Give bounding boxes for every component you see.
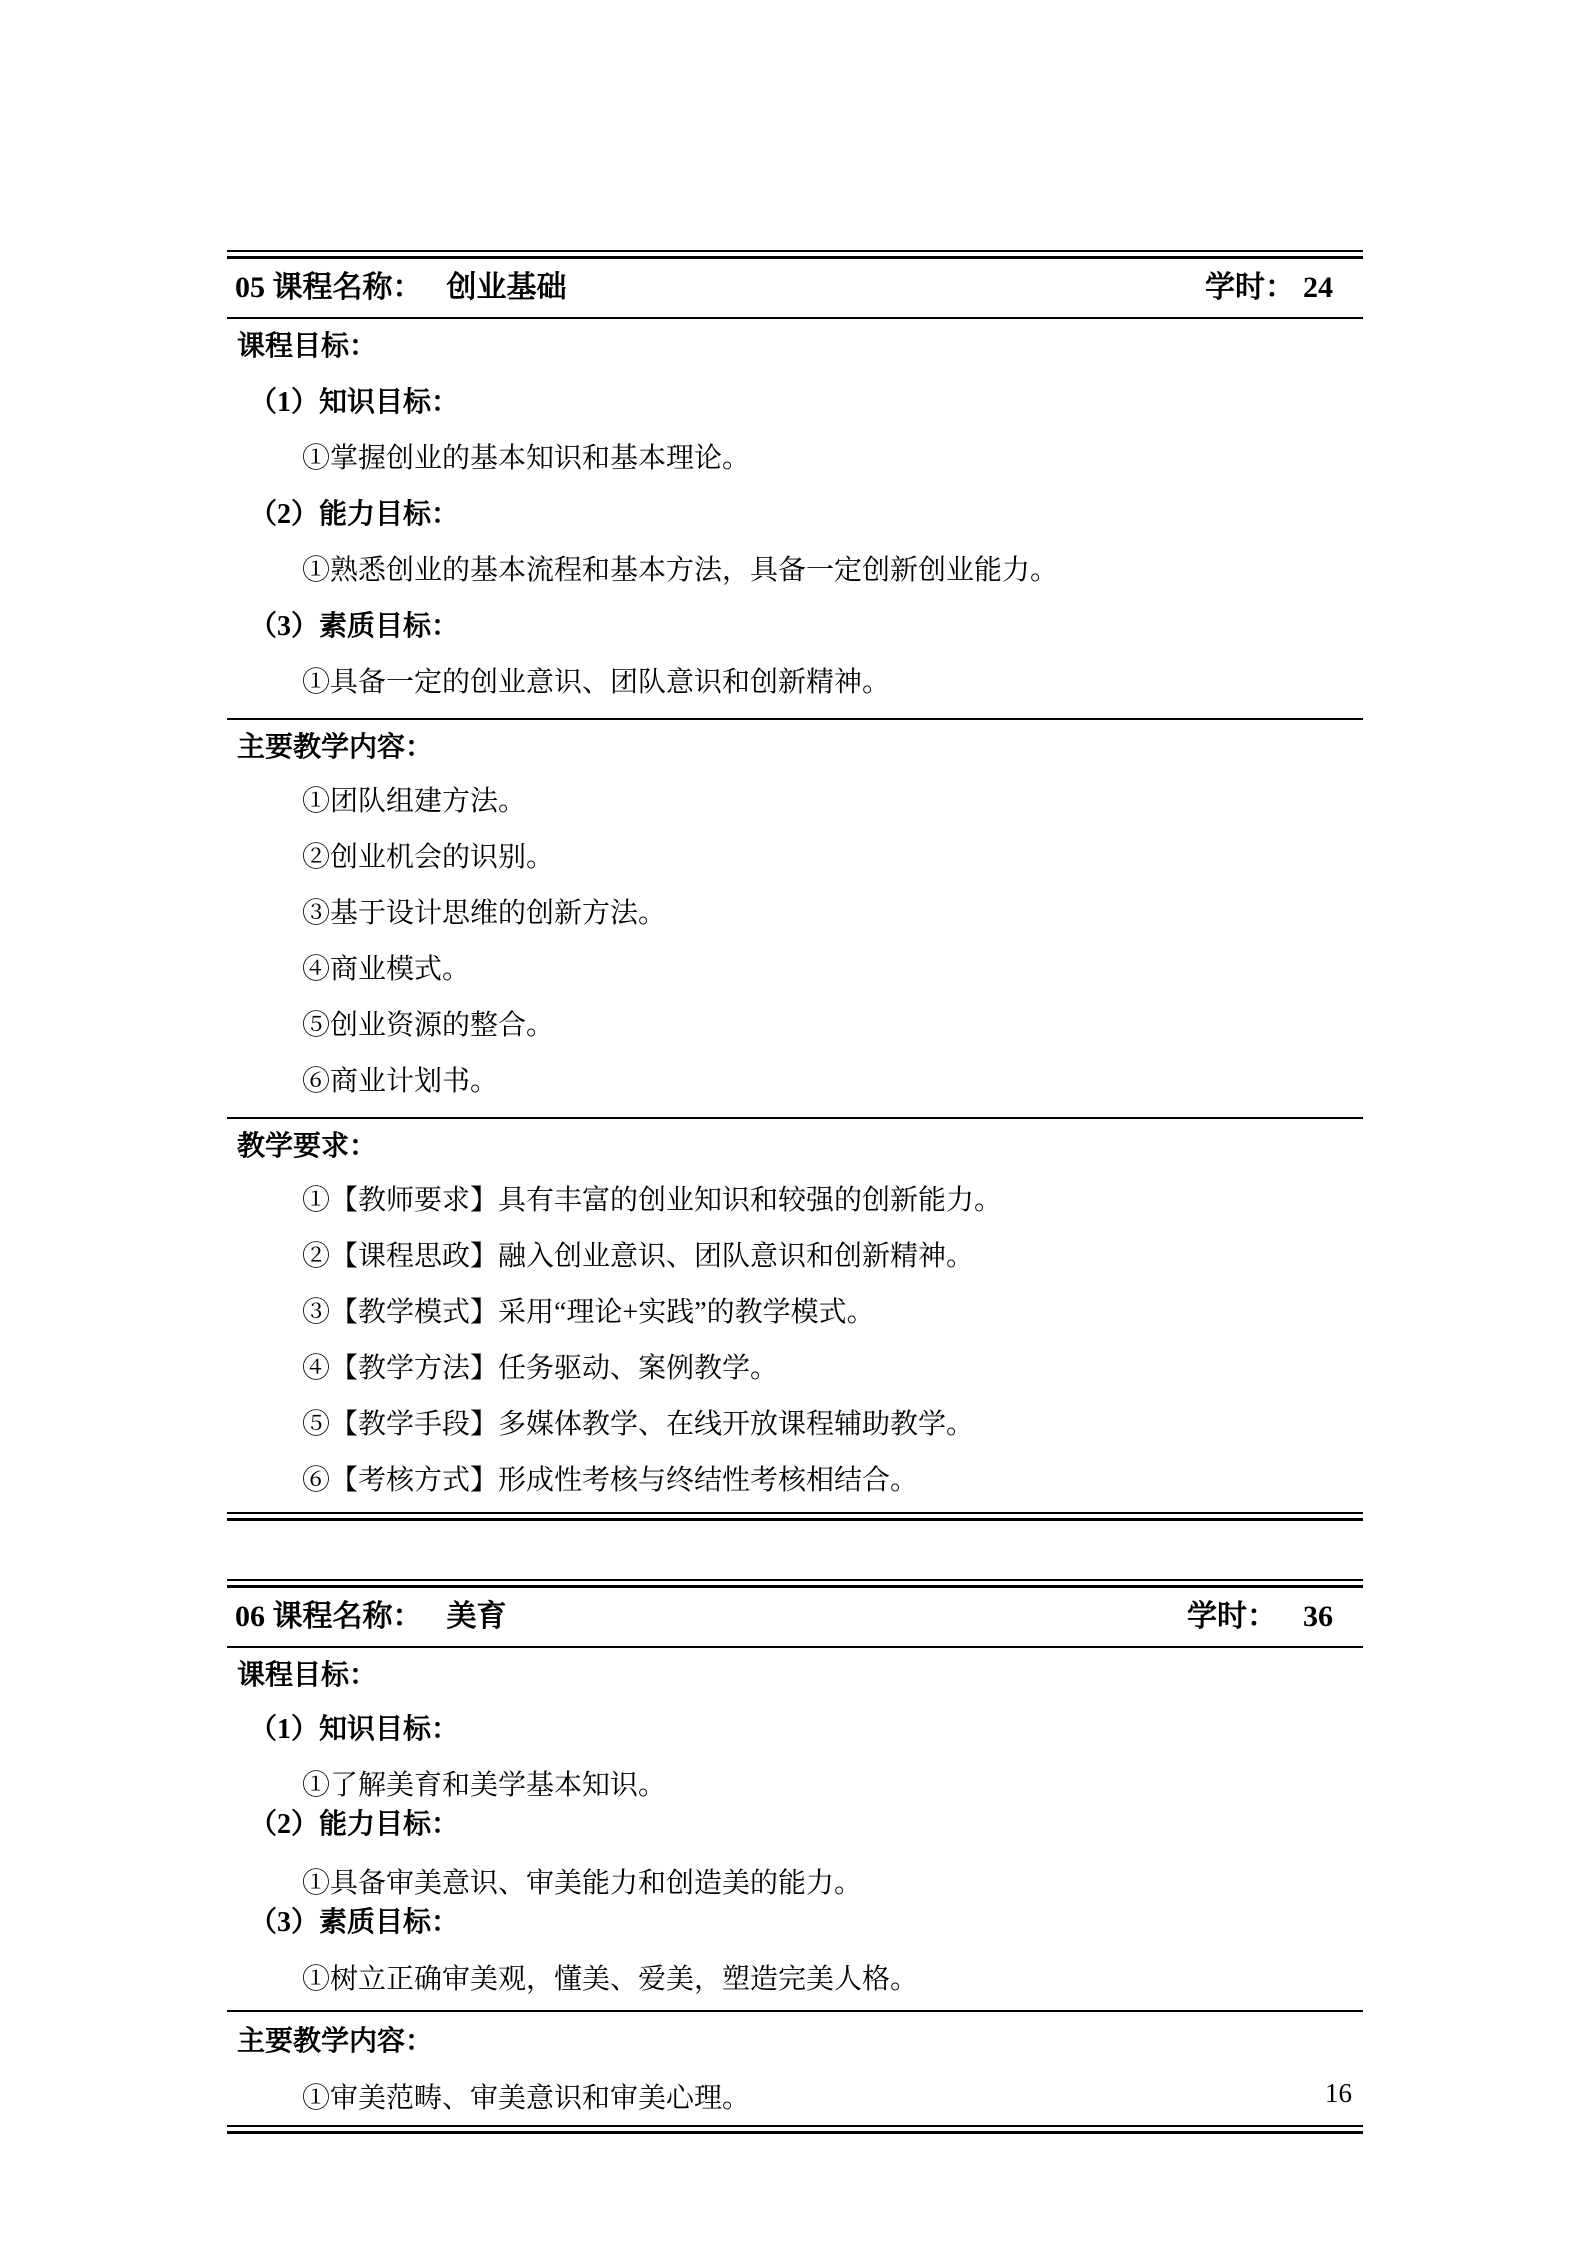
content-item: ⑤创业资源的整合。 — [227, 1011, 1363, 1041]
divider-double-bottom — [227, 2125, 1363, 2134]
course-name: 创业基础 — [447, 273, 567, 303]
objective-heading: （1）知识目标： — [227, 388, 1363, 418]
requirement-item: ②【课程思政】融入创业意识、团队意识和创新精神。 — [227, 1242, 1363, 1272]
objective-item: ①树立正确审美观，懂美、爱美，塑造完美人格。 — [227, 1965, 1363, 1995]
objective-item: ①具备一定的创业意识、团队意识和创新精神。 — [227, 668, 1363, 698]
requirement-item: ④【教学方法】任务驱动、案例教学。 — [227, 1354, 1363, 1384]
section-title-objectives: 课程目标： — [227, 332, 1363, 362]
course-header-row: 05 课程名称： 创业基础 学时： 24 — [227, 259, 1363, 317]
course-block-06: 06 课程名称： 美育 学时： 36 课程目标： （1）知识目标： ①了解美育和… — [227, 1579, 1363, 2134]
divider-double-top — [227, 250, 1363, 259]
content-item: ③基于设计思维的创新方法。 — [227, 899, 1363, 929]
objective-item: ①熟悉创业的基本流程和基本方法，具备一定创新创业能力。 — [227, 556, 1363, 586]
hours-value: 24 — [1303, 273, 1333, 303]
hours-label: 学时： — [1187, 1602, 1277, 1632]
page-number: 16 — [1325, 2080, 1352, 2107]
requirement-item: ⑤【教学手段】多媒体教学、在线开放课程辅助教学。 — [227, 1410, 1363, 1440]
objective-heading: （2）能力目标： — [227, 1810, 1363, 1840]
divider-double-bottom — [227, 1512, 1363, 1521]
objective-heading: （3）素质目标： — [227, 612, 1363, 642]
course-label: 05 课程名称： — [235, 273, 423, 303]
section-title-content: 主要教学内容： — [227, 2027, 1363, 2057]
course-name: 美育 — [447, 1602, 507, 1632]
hours-value: 36 — [1303, 1602, 1333, 1632]
course-hours: 学时： 36 — [1187, 1602, 1333, 1632]
section-title-objectives: 课程目标： — [227, 1661, 1363, 1691]
page-content: 05 课程名称： 创业基础 学时： 24 课程目标： （1）知识目标： ①掌握创… — [227, 250, 1363, 2134]
divider-single — [227, 1117, 1363, 1119]
content-item: ①团队组建方法。 — [227, 787, 1363, 817]
course-label: 06 课程名称： — [235, 1602, 423, 1632]
objective-heading: （1）知识目标： — [227, 1715, 1363, 1745]
content-item: ①审美范畴、审美意识和审美心理。 — [227, 2084, 1363, 2114]
requirement-item: ⑥【考核方式】形成性考核与终结性考核相结合。 — [227, 1466, 1363, 1496]
course-hours: 学时： 24 — [1205, 273, 1333, 303]
content-item: ⑥商业计划书。 — [227, 1067, 1363, 1097]
objective-heading: （3）素质目标： — [227, 1908, 1363, 1938]
hours-label: 学时： — [1205, 273, 1295, 303]
content-item: ②创业机会的识别。 — [227, 843, 1363, 873]
requirement-item: ③【教学模式】采用“理论+实践”的教学模式。 — [227, 1298, 1363, 1328]
document-page: 05 课程名称： 创业基础 学时： 24 课程目标： （1）知识目标： ①掌握创… — [0, 0, 1587, 2245]
objective-item: ①具备审美意识、审美能力和创造美的能力。 — [227, 1869, 1363, 1899]
section-title-requirements: 教学要求： — [227, 1132, 1363, 1162]
divider-single — [227, 1646, 1363, 1648]
divider-double-top — [227, 1579, 1363, 1588]
content-item: ④商业模式。 — [227, 955, 1363, 985]
section-title-content: 主要教学内容： — [227, 733, 1363, 763]
divider-single — [227, 317, 1363, 319]
objective-heading: （2）能力目标： — [227, 500, 1363, 530]
requirement-item: ①【教师要求】具有丰富的创业知识和较强的创新能力。 — [227, 1186, 1363, 1216]
divider-single — [227, 2010, 1363, 2012]
objective-item: ①了解美育和美学基本知识。 — [227, 1771, 1363, 1801]
objective-item: ①掌握创业的基本知识和基本理论。 — [227, 444, 1363, 474]
course-header-row: 06 课程名称： 美育 学时： 36 — [227, 1588, 1363, 1646]
divider-single — [227, 718, 1363, 720]
course-block-05: 05 课程名称： 创业基础 学时： 24 课程目标： （1）知识目标： ①掌握创… — [227, 250, 1363, 1521]
